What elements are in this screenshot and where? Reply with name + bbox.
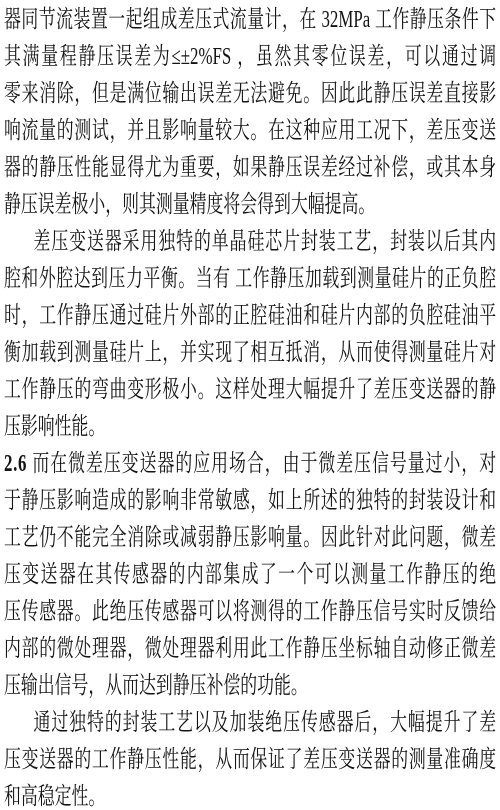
text-line: 压变送器在其传感器的内部集成了一个可以测量工作静压的绝: [4, 557, 496, 594]
text-line: 静压误差极小，则其测量精度将会得到大幅提高。: [4, 187, 496, 224]
text-line: 零来消除，但是满位输出误差无法避免。因此此静压误差直接影: [4, 76, 496, 113]
text-line: 2.6而在微差压变送器的应用场合，由于微差压信号量过小，对: [4, 446, 496, 483]
text-line: 内部的微处理器，微处理器利用此工作静压坐标轴自动修正微差: [4, 631, 496, 668]
text-line: 工艺仍不能完全消除或减弱静压影响量。因此针对此问题，微差: [4, 520, 496, 557]
text-line: 通过独特的封装工艺以及加装绝压传感器后，大幅提升了差: [4, 705, 496, 742]
document-body: 器同节流装置一起组成差压式流量计，在 32MPa 工作静压条件下其满量程静压误差…: [4, 2, 496, 810]
text-line: 差压变送器采用独特的单晶硅芯片封装工艺，封装以后其内: [4, 224, 496, 261]
text-line: 压输出信号，从而达到静压补偿的功能。: [4, 668, 496, 705]
paragraph: 差压变送器采用独特的单晶硅芯片封装工艺，封装以后其内腔和外腔达到压力平衡。当有 …: [4, 224, 496, 446]
paragraph: 通过独特的封装工艺以及加装绝压传感器后，大幅提升了差压变送器的工作静压性能，从而…: [4, 705, 496, 810]
section-number: 2.6: [4, 451, 31, 477]
text-line: 工作静压的弯曲变形极小。这样处理大幅提升了差压变送器的静: [4, 372, 496, 409]
paragraph: 2.6而在微差压变送器的应用场合，由于微差压信号量过小，对于静压影响造成的影响非…: [4, 446, 496, 705]
text-line: 时，工作静压通过硅片外部的正腔硅油和硅片内部的负腔硅油平: [4, 298, 496, 335]
text-line: 器的静压性能显得尤为重要，如果静压误差经过补偿，或其本身: [4, 150, 496, 187]
paragraph: 器同节流装置一起组成差压式流量计，在 32MPa 工作静压条件下其满量程静压误差…: [4, 2, 496, 224]
text-line: 于静压影响造成的影响非常敏感，如上所述的独特的封装设计和: [4, 483, 496, 520]
text-line: 压影响性能。: [4, 409, 496, 446]
text-line: 和高稳定性。: [4, 779, 496, 810]
text-line: 压传感器。此绝压传感器可以将测得的工作静压信号实时反馈给: [4, 594, 496, 631]
document-page: { "page": { "background_color": "#ffffff…: [0, 0, 500, 810]
text-line: 衡加载到测量硅片上，并实现了相互抵消，从而使得测量硅片对: [4, 335, 496, 372]
text-line: 腔和外腔达到压力平衡。当有 工作静压加载到测量硅片的正负腔: [4, 261, 496, 298]
text-line: 器同节流装置一起组成差压式流量计，在 32MPa 工作静压条件下: [4, 2, 496, 39]
text-line: 其满量程静压误差为≤±2%FS ，虽然其零位误差，可以通过调: [4, 39, 496, 76]
text-line: 压变送器的工作静压性能，从而保证了差压变送器的测量准确度: [4, 742, 496, 779]
text-line: 响流量的测试，并且影响量较大。在这种应用工况下，差压变送: [4, 113, 496, 150]
